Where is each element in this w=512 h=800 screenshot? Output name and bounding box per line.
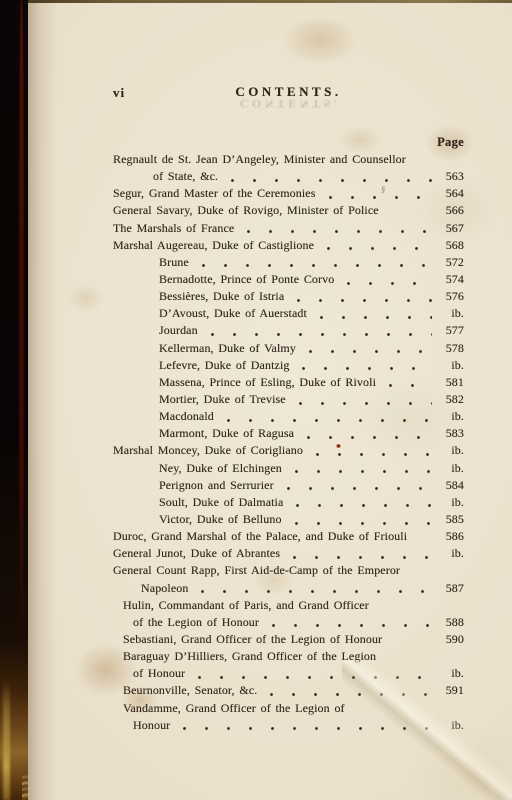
entry-page: ib. [442, 357, 464, 374]
toc-entry: Napoleon 587 [113, 580, 464, 597]
toc-entry: Duroc, Grand Marshal of the Palace, and … [113, 528, 464, 545]
dot-leader [282, 486, 432, 491]
entry-page: 590 [442, 631, 464, 648]
entry-page: ib. [442, 717, 464, 734]
entry-text: Brune [159, 254, 189, 271]
entry-text: Marshal Moncey, Duke of Corigliano [113, 442, 303, 459]
entry-page: 583 [442, 425, 464, 442]
entry-text: Segur, Grand Master of the Ceremonies [113, 185, 316, 202]
entry-page: 581 [442, 374, 464, 391]
entry-text: General Count Rapp, First Aid-de-Camp of… [113, 562, 400, 579]
dot-leader [390, 641, 432, 646]
toc-entry: Honour ib. [113, 717, 464, 734]
dot-leader [222, 418, 432, 423]
bleed-through-title: CONTENTS. [116, 96, 464, 111]
toc-entry: Mortier, Duke of Trevise 582 [113, 391, 464, 408]
entry-text: D’Avoust, Duke of Auerstadt [159, 305, 307, 322]
entry-page: 563 [442, 168, 464, 185]
toc-entry: Bernadotte, Prince of Ponte Corvo 574 [113, 271, 464, 288]
entry-text: Bessières, Duke of Istria [159, 288, 284, 305]
entry-text: Kellerman, Duke of Valmy [159, 340, 296, 357]
entry-page: 576 [442, 288, 464, 305]
dot-leader [291, 503, 432, 508]
dot-leader [384, 658, 454, 663]
entry-text: Mortier, Duke of Trevise [159, 391, 286, 408]
dot-leader [290, 469, 432, 474]
dot-leader [324, 195, 433, 200]
scanned-book-page: vi CONTENTS. CONTENTS. Page Regnault de … [0, 0, 512, 800]
entry-text: Sebastiani, Grand Officer of the Legion … [123, 631, 382, 648]
dot-leader [408, 572, 454, 577]
entry-page: 574 [442, 271, 464, 288]
toc-entry: Hulin, Commandant of Paris, and Grand Of… [113, 597, 464, 614]
entry-text: Vandamme, Grand Officer of the Legion of [123, 700, 345, 717]
toc-entry: Baraguay D’Hilliers, Grand Officer of th… [113, 648, 464, 665]
entry-page: 587 [442, 580, 464, 597]
entry-text: Bernadotte, Prince of Ponte Corvo [159, 271, 334, 288]
dot-leader [288, 555, 432, 560]
dot-leader [415, 538, 432, 543]
toc-entry: The Marshals of France 567 [113, 220, 464, 237]
entry-text: Perignon and Serrurier [159, 477, 274, 494]
entry-page: 568 [442, 237, 464, 254]
entry-page: ib. [442, 665, 464, 682]
entry-text: of State, &c. [153, 168, 218, 185]
toc-entry: Vandamme, Grand Officer of the Legion of [113, 700, 464, 717]
entry-page: 588 [442, 614, 464, 631]
dot-leader [384, 383, 432, 388]
dot-leader [414, 161, 454, 166]
toc-entry: General Junot, Duke of Abrantes ib. [113, 545, 464, 562]
entry-text: Marshal Augereau, Duke of Castiglione [113, 237, 314, 254]
dot-leader [226, 178, 432, 183]
dot-leader [206, 332, 432, 337]
entry-text: Ney, Duke of Elchingen [159, 460, 282, 477]
entry-page: 584 [442, 477, 464, 494]
dot-leader [342, 281, 432, 286]
dot-leader [178, 726, 432, 731]
entry-text: Macdonald [159, 408, 214, 425]
toc-entry: General Count Rapp, First Aid-de-Camp of… [113, 562, 464, 579]
entry-page: 578 [442, 340, 464, 357]
toc-entry: Segur, Grand Master of the Ceremonies 56… [113, 185, 464, 202]
toc-entry: Sebastiani, Grand Officer of the Legion … [113, 631, 464, 648]
toc-list: Regnault de St. Jean D’Angeley, Minister… [113, 151, 464, 734]
dot-leader [242, 229, 432, 234]
dot-leader [265, 692, 432, 697]
ink-spot [336, 444, 341, 448]
toc-entry: Regnault de St. Jean D’Angeley, Minister… [113, 151, 464, 168]
entry-text: Hulin, Commandant of Paris, and Grand Of… [123, 597, 369, 614]
entry-page: 564 [442, 185, 464, 202]
entry-text: Victor, Duke of Belluno [159, 511, 282, 528]
entry-text: Napoleon [141, 580, 188, 597]
entry-page: ib. [442, 305, 464, 322]
toc-entry: of the Legion of Honour 588 [113, 614, 464, 631]
entry-page: ib. [442, 408, 464, 425]
dot-leader [311, 452, 432, 457]
dot-leader [267, 623, 432, 628]
dot-leader [196, 589, 432, 594]
toc-entry: Marshal Augereau, Duke of Castiglione 56… [113, 237, 464, 254]
dot-leader [302, 435, 432, 440]
page-column-label: Page [437, 135, 464, 150]
toc-entry: Marmont, Duke of Ragusa 583 [113, 425, 464, 442]
dot-leader [315, 315, 432, 320]
dot-leader [322, 246, 432, 251]
entry-text: Lefevre, Duke of Dantzig [159, 357, 289, 374]
entry-text: Regnault de St. Jean D’Angeley, Minister… [113, 151, 406, 168]
toc-entry: Marshal Moncey, Duke of Corigliano ib. [113, 442, 464, 459]
entry-page: ib. [442, 494, 464, 511]
entry-text: Massena, Prince of Esling, Duke of Rivol… [159, 374, 376, 391]
dot-leader [387, 212, 432, 217]
dot-leader [292, 298, 432, 303]
toc-entry: Jourdan 577 [113, 322, 464, 339]
entry-text: Duroc, Grand Marshal of the Palace, and … [113, 528, 407, 545]
entry-text: Marmont, Duke of Ragusa [159, 425, 294, 442]
dot-leader [377, 606, 454, 611]
entry-text: General Savary, Duke of Rovigo, Minister… [113, 202, 379, 219]
entry-text: Soult, Duke of Dalmatia [159, 494, 283, 511]
toc-entry: Kellerman, Duke of Valmy 578 [113, 340, 464, 357]
dot-leader [304, 349, 432, 354]
dot-leader [353, 709, 454, 714]
entry-page: ib. [442, 545, 464, 562]
dot-leader [297, 366, 432, 371]
entry-page: ib. [442, 460, 464, 477]
dot-leader [290, 521, 432, 526]
entry-page: 591 [442, 682, 464, 699]
toc-entry: Bessières, Duke of Istria 576 [113, 288, 464, 305]
toc-entry: Beurnonville, Senator, &c. 591 [113, 682, 464, 699]
entry-text: General Junot, Duke of Abrantes [113, 545, 280, 562]
entry-text: Beurnonville, Senator, &c. [123, 682, 257, 699]
toc-entry: General Savary, Duke of Rovigo, Minister… [113, 202, 464, 219]
entry-page: 572 [442, 254, 464, 271]
entry-page: 566 [442, 202, 464, 219]
dot-leader [193, 675, 432, 680]
entry-text: Honour [133, 717, 170, 734]
entry-page: 582 [442, 391, 464, 408]
toc-entry: Brune 572 [113, 254, 464, 271]
entry-text: of Honour [133, 665, 185, 682]
entry-page: 567 [442, 220, 464, 237]
toc-entry: Victor, Duke of Belluno 585 [113, 511, 464, 528]
entry-page: 585 [442, 511, 464, 528]
entry-text: of the Legion of Honour [133, 614, 259, 631]
entry-text: Jourdan [159, 322, 198, 339]
toc-entry: Perignon and Serrurier 584 [113, 477, 464, 494]
toc-entry: Ney, Duke of Elchingen ib. [113, 460, 464, 477]
toc-entry: Soult, Duke of Dalmatia ib. [113, 494, 464, 511]
entry-page: 586 [442, 528, 464, 545]
entry-text: Baraguay D’Hilliers, Grand Officer of th… [123, 648, 376, 665]
toc-entry: of Honour ib. [113, 665, 464, 682]
toc-entry: Massena, Prince of Esling, Duke of Rivol… [113, 374, 464, 391]
page-top-edge [28, 0, 512, 3]
entry-page: 577 [442, 322, 464, 339]
entry-text: The Marshals of France [113, 220, 234, 237]
toc-entry: D’Avoust, Duke of Auerstadt ib. [113, 305, 464, 322]
dot-leader [197, 263, 432, 268]
dot-leader [294, 401, 432, 406]
toc-entry: Lefevre, Duke of Dantzig ib. [113, 357, 464, 374]
toc-entry: Macdonald ib. [113, 408, 464, 425]
toc-entry: of State, &c. 563 [113, 168, 464, 185]
page-paper: vi CONTENTS. CONTENTS. Page Regnault de … [28, 0, 512, 800]
entry-page: ib. [442, 442, 464, 459]
